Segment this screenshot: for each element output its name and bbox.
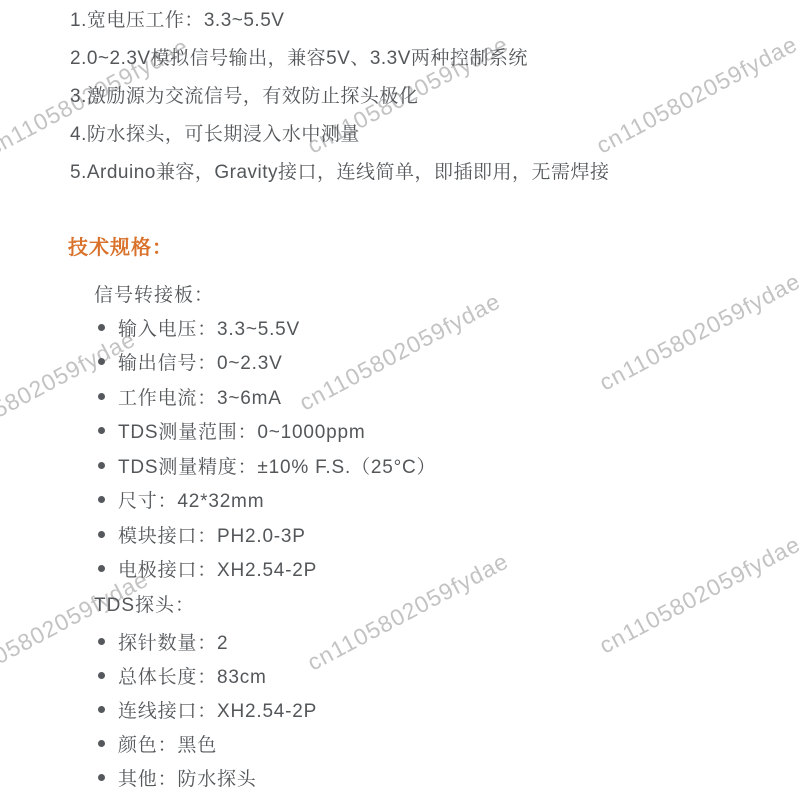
- board-spec-item: TDS测量范围：0~1000ppm: [98, 414, 436, 449]
- board-spec-item: 输入电压：3.3~5.5V: [98, 310, 436, 345]
- board-spec-item: TDS测量精度：±10% F.S.（25°C）: [98, 448, 436, 483]
- specs-heading: 技术规格：: [68, 231, 173, 260]
- feature-item: 3.激励源为交流信号，有效防止探头极化: [70, 78, 760, 116]
- probe-spec-list: 探针数量：2总体长度：83cm连线接口：XH2.54-2P颜色：黑色其他：防水探…: [98, 625, 317, 794]
- probe-section-label: TDS探头：: [94, 590, 195, 617]
- feature-item: 4.防水探头，可长期浸入水中测量: [70, 116, 760, 154]
- board-spec-list: 输入电压：3.3~5.5V输出信号：0~2.3V工作电流：3~6mATDS测量范…: [98, 310, 436, 586]
- spec-content: 1.宽电压工作：3.3~5.5V2.0~2.3V模拟信号输出，兼容5V、3.3V…: [0, 0, 800, 800]
- board-spec-item: 尺寸：42*32mm: [98, 483, 436, 518]
- probe-spec-item: 连线接口：XH2.54-2P: [98, 693, 317, 727]
- feature-item: 1.宽电压工作：3.3~5.5V: [70, 2, 760, 40]
- product-spec-page: cn1105802059fydaecn1105802059fydaecn1105…: [0, 0, 800, 800]
- feature-item: 5.Arduino兼容，Gravity接口，连线简单，即插即用，无需焊接: [70, 154, 760, 192]
- board-spec-item: 工作电流：3~6mA: [98, 379, 436, 414]
- probe-spec-item: 颜色：黑色: [98, 726, 317, 760]
- feature-list: 1.宽电压工作：3.3~5.5V2.0~2.3V模拟信号输出，兼容5V、3.3V…: [70, 2, 760, 192]
- probe-spec-item: 探针数量：2: [98, 625, 317, 659]
- probe-spec-item: 总体长度：83cm: [98, 659, 317, 693]
- probe-spec-item: 其他：防水探头: [98, 760, 317, 794]
- board-spec-item: 输出信号：0~2.3V: [98, 345, 436, 380]
- feature-item: 2.0~2.3V模拟信号输出，兼容5V、3.3V两种控制系统: [70, 40, 760, 78]
- board-section-label: 信号转接板：: [94, 280, 214, 307]
- board-spec-item: 电极接口：XH2.54-2P: [98, 552, 436, 587]
- board-spec-item: 模块接口：PH2.0-3P: [98, 517, 436, 552]
